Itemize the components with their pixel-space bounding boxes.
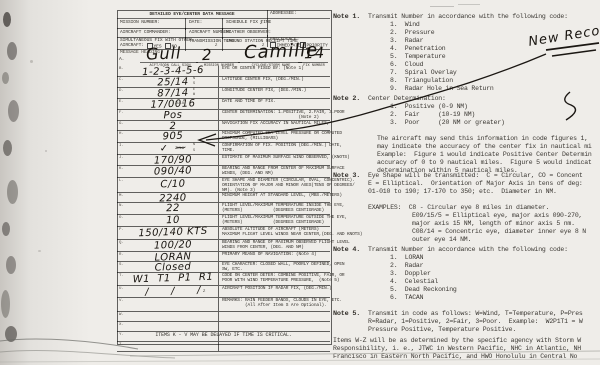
form-row-w: W. — [117, 312, 330, 322]
note-line: 8. Triangulation — [390, 77, 453, 84]
column-divider — [218, 121, 219, 130]
row-value: W1 T1 P1 R1 — [129, 271, 217, 285]
note-line: 3. Poor (20 NM or greater) — [390, 119, 505, 126]
note-line: 6. Cloud — [390, 61, 423, 68]
row-letter: C. — [119, 78, 124, 82]
binding-smudge — [8, 100, 19, 122]
note-title: Note 2. — [333, 95, 360, 103]
row-letter: T. — [119, 274, 124, 278]
note-line: Example: Figure 1 would indicate Positiv… — [377, 151, 592, 158]
row-letter: W. — [119, 313, 124, 317]
binding-smudge — [7, 42, 17, 60]
speck — [45, 150, 47, 152]
zulu-z-mark: Z — [260, 22, 262, 26]
row-letter: I. — [119, 144, 124, 148]
row-description: DATE AND TIME OF FIX. — [222, 100, 334, 105]
column-divider — [218, 227, 219, 239]
row-description: FLIGHT LEVEL/MAXIMUM TEMPERATURE OUTSIDE… — [222, 216, 334, 226]
row-description: PRIMARY MEANS OF NAVIGATION: (Note 4) — [222, 253, 334, 258]
simultaneous-fix-label-2: AIRCRAFT: — [120, 43, 144, 48]
row-letter: V. — [119, 299, 124, 303]
form-row-b: B.1-2-3-4-5-6EYE OR CENTER FIXED BY: (No… — [117, 66, 330, 77]
column-divider — [218, 88, 219, 98]
form-row-v: V.REMARKS: RAIN FEEDER BANDS, CLOUDS IN … — [117, 298, 330, 312]
row-description: BEARING AND RANGE FROM CENTER OF MAXIMUM… — [222, 167, 334, 177]
form-row-i: I.✓ ⁓ZULUNSCONFIRMATION OF FIX. POSITION… — [117, 143, 330, 155]
column-divider — [218, 110, 219, 120]
form-row-p: P.150/140 KTSABSOLUTE ALTITUDE OF AIRCRA… — [117, 227, 330, 240]
heading-entry-value: 14 — [304, 44, 326, 63]
direction-marks: NS — [193, 77, 195, 87]
form-row-c: C.25/14NSLATITUDE CENTER FIX, (DEG./MIN.… — [117, 77, 330, 88]
form-row-s: S.ClosedEYE CHARACTER: CLOSED WALL, POOR… — [117, 262, 330, 273]
column-divider — [218, 166, 219, 177]
form-row-g: G.2NAVIGATION FIX ACCURACY IN NAUTICAL M… — [117, 121, 330, 131]
row-letter: P. — [119, 228, 124, 232]
note-title: Note 1. — [333, 13, 360, 21]
note-line: E09/15/5 = Elliptical eye, major axis 09… — [412, 212, 582, 219]
form-row-q: Q.100/20BEARING AND RANGE OF MAXIMUM OBS… — [117, 240, 330, 252]
binding-smudge — [7, 180, 18, 204]
note-line: 2. Pressure — [390, 29, 434, 36]
column-divider — [218, 155, 219, 165]
row-letter: M. — [119, 194, 124, 198]
note-line: Pressure Positive, Temperature Positive. — [368, 326, 516, 333]
row-description: BEARING AND RANGE OF MAXIMUM OBSERVED FL… — [222, 241, 334, 251]
form-rows: B.1-2-3-4-5-6EYE OR CENTER FIXED BY: (No… — [117, 66, 330, 352]
row-letter: N. — [119, 204, 124, 208]
row-letter: J. — [119, 156, 124, 160]
note-line: 2. Radar — [390, 262, 423, 269]
column-divider — [218, 178, 219, 192]
column-divider — [218, 66, 219, 76]
row-description: EYE SHAPE AND DIAMETER (CIRCULAR, OVAL, … — [222, 179, 334, 194]
row-letter: U. — [119, 287, 124, 291]
form-row-k: K.090/40BEARING AND RANGE FROM CENTER OF… — [117, 166, 330, 178]
column-divider — [218, 240, 219, 251]
note-line: outer eye 14 NM. — [412, 236, 471, 243]
note-title: Note 5. — [333, 310, 360, 318]
zulu-mark: ZULU — [175, 147, 184, 151]
note-line: 5. Temperature — [390, 53, 446, 60]
note-line: C08/14 = Concentric eye, diameter inner … — [412, 228, 586, 235]
column-divider — [218, 215, 219, 226]
column-divider — [218, 203, 219, 214]
form-row-f: F.PosCENTER DETERMINATION: 1.POSITIVE, 2… — [117, 110, 330, 121]
row-description: ABSOLUTE ALTITUDE OF AIRCRAFT (METERS)MA… — [222, 228, 334, 238]
note-line: 7. Spiral Overlay — [390, 69, 457, 76]
form-row-h: H.905MINIMUM COMPUTED SEA LEVEL PRESSURE… — [117, 131, 330, 143]
column-divider — [218, 77, 219, 87]
row-description: MINIMUM HEIGHT AT STANDARD LEVEL, (MBS./… — [222, 194, 334, 199]
row-description: LATITUDE CENTER FIX, (DEG./MIN.) — [222, 78, 334, 83]
column-divider — [218, 312, 219, 321]
row-letter: K. — [119, 167, 124, 171]
note-line: Eye Shape will be transmitted: C = Circu… — [368, 172, 583, 179]
speck — [30, 60, 33, 63]
row-letter: H. — [119, 132, 124, 136]
note-line: 1. Positive (0-9 NM) — [390, 103, 468, 110]
form-row-l: L.C/10EYE SHAPE AND DIAMETER (CIRCULAR, … — [117, 178, 330, 193]
column-divider — [218, 286, 219, 297]
note-title: Note 4. — [333, 246, 360, 254]
heading-row-letter: A. — [119, 57, 124, 62]
column-divider — [218, 252, 219, 261]
binding-smudge — [2, 72, 9, 84]
column-divider — [218, 193, 219, 202]
row-letter: D. — [119, 89, 124, 93]
closing-paragraph-line: Responsibility, i. e., JTWC in Western P… — [333, 345, 581, 352]
row-description: CENTER DETERMINATION: 1.POSITIVE, 2.FAIR… — [222, 111, 334, 121]
closing-paragraph-line: Francisco in Eastern North Pacific, and … — [333, 353, 577, 360]
note-line: R=Radar, 1=Positive, 2=Fair, 3=Poor. Exa… — [368, 318, 583, 325]
row-value: C/10 — [129, 177, 217, 191]
direction-marks: NS — [193, 143, 195, 154]
note-line: 5. Dead Reckoning — [390, 286, 457, 293]
form-row-j: J.170/90ESTIMATE OF MAXIMUM SURFACE WIND… — [117, 155, 330, 166]
form-row-z: Z. — [117, 342, 330, 352]
row-letter: B. — [119, 67, 124, 71]
row-description: AIRCRAFT POSITION IF RADAR FIX, (DEG./MI… — [222, 287, 334, 292]
direction-marks: EW — [193, 88, 195, 98]
form-row-n: N.22FLIGHT LEVEL/MAXIMUM TEMPERATURE INS… — [117, 203, 330, 215]
mission-number-label: MISSION NUMBER: — [120, 20, 160, 25]
row-description: REMARKS: RAIN FEEDER BANDS, CLOUDS IN EY… — [222, 299, 334, 309]
column-divider — [218, 342, 219, 351]
row-letter: R. — [119, 253, 124, 257]
row-letter: Q. — [119, 241, 124, 245]
scanned-document-page: DETAILED EYE/CENTER DATA MESSAGE ADDRESS… — [0, 0, 600, 365]
row-description: MINIMUM COMPUTED SEA LEVEL PRESSURE OR C… — [222, 132, 334, 142]
binding-smudge — [6, 256, 16, 274]
form-row-d: D.87/14EWLONGITUDE CENTER FIX, (DEG./MIN… — [117, 88, 330, 99]
binding-smudge — [3, 140, 12, 156]
form-row-t: T.W1 T1 P1 R1CODE ON CENTER DETER: COMBI… — [117, 273, 330, 286]
note-line: 01-010 to 190; 17-170 to 350; etc. Diame… — [368, 188, 557, 195]
row-description: LONGITUDE CENTER FIX, (DEG./MIN.) — [222, 89, 334, 94]
column-divider — [218, 298, 219, 311]
row-value: 090/40 — [129, 164, 217, 178]
note-line: 2. Fair (10-19 NM) — [390, 111, 475, 118]
form-row-o: O.10FLIGHT LEVEL/MAXIMUM TEMPERATURE OUT… — [117, 215, 330, 227]
note-line: 4. Celestial — [390, 278, 438, 285]
handwritten-squiggle — [565, 92, 576, 120]
zulu-z-mark: Z — [215, 44, 217, 48]
note-line: EXAMPLES: C8 - Circular eye 8 miles in d… — [368, 204, 549, 211]
note-line: 3. Doppler — [390, 270, 431, 277]
note-line: Transmit in code as follows: W=Wind, T=T… — [368, 310, 583, 317]
row-description: NAVIGATION FIX ACCURACY IN NAUTICAL MILE… — [222, 122, 334, 127]
note-line: Transmit Number in accordance with the f… — [368, 246, 568, 253]
row-description: FLIGHT LEVEL/MAXIMUM TEMPERATURE INSIDE … — [222, 204, 334, 214]
note-line: E = Elliptical. Orientation of Major Axi… — [368, 180, 583, 187]
footer-note: ITEMS K - V MAY BE DELAYED IF TIME IS CR… — [117, 327, 330, 338]
row-letter: Z. — [119, 343, 124, 347]
column-divider — [218, 131, 219, 142]
note-line: 4. Penetration — [390, 45, 446, 52]
handwritten-new-record-note: New Record — [527, 21, 600, 50]
new-record-underline — [552, 50, 596, 56]
note-title: Note 3. — [333, 172, 360, 180]
footer-row: ITEMS K - V MAY BE DELAYED IF TIME IS CR… — [117, 327, 330, 343]
row-description: CODE ON CENTER DETER: COMBINE POSITIVE, … — [222, 274, 334, 284]
binding-smudge — [1, 290, 10, 318]
addressee-label: ADDRESSEE: — [268, 10, 331, 16]
page-binding-gutter — [0, 0, 115, 365]
row-description: EYE CHARACTER: CLOSED WALL, POORLY DEFIN… — [222, 263, 334, 273]
column-divider — [218, 262, 219, 272]
aircraft-commander-label: AIRCRAFT COMMANDER: — [120, 30, 170, 35]
row-description: EYE OR CENTER FIXED BY: (Note 1) — [222, 67, 334, 72]
faint-header-mark — [458, 4, 480, 5]
column-divider — [218, 273, 219, 285]
binding-smudge — [3, 12, 11, 27]
heading-entry-value: Gull — [146, 43, 182, 63]
note-line: may indicate the accuracy of the center … — [377, 143, 592, 150]
row-letter: G. — [119, 122, 124, 126]
note-line: 6. TACAN — [390, 294, 423, 301]
note-line: 9. Radar Hole in Sea Return — [390, 85, 494, 92]
note-line: Center Determination: — [368, 95, 446, 102]
column-divider — [218, 99, 219, 109]
zulu-mark: ZULU — [175, 102, 184, 106]
row-letter: E. — [119, 100, 124, 104]
note-line: The aircraft may send this information i… — [377, 135, 588, 142]
note-line: major axis 15 NM, length of minor axis 5… — [412, 220, 575, 227]
binding-smudge — [2, 222, 10, 236]
column-divider — [218, 143, 219, 154]
note-line: 1. LORAN — [390, 254, 423, 261]
note-line: accuracy of 0 to 9 nautical miles. Figur… — [377, 159, 592, 166]
zulu-mark: Z — [203, 290, 205, 294]
row-letter: S. — [119, 263, 124, 267]
form-title: DETAILED EYE/CENTER DATA MESSAGE — [117, 12, 267, 17]
note-line: 1. Wind — [390, 21, 420, 28]
row-letter: O. — [119, 216, 124, 220]
row-description: CONFIRMATION OF FIX. POSITION (DEG./MIN.… — [222, 144, 334, 154]
note-line: Transmit Number in accordance with the f… — [368, 13, 568, 20]
form-row-r: R.LORANPRIMARY MEANS OF NAVIGATION: (Not… — [117, 252, 330, 262]
note-line: 3. Radar — [390, 37, 423, 44]
row-letter: F. — [119, 111, 124, 115]
form-row-m: M.2240MINIMUM HEIGHT AT STANDARD LEVEL, … — [117, 193, 330, 203]
closing-paragraph-line: Items W-Z will be as determined by the s… — [333, 337, 581, 344]
addressee-cell: ADDRESSEE: — [267, 10, 331, 38]
row-letter: L. — [119, 179, 124, 183]
form-row-e: E.17/0016ZULUDATE AND TIME OF FIX. — [117, 99, 330, 110]
row-value: 150/140 KTS — [129, 225, 217, 239]
form-row-u: U./ / /ZAIRCRAFT POSITION IF RADAR FIX, … — [117, 286, 330, 298]
row-description: ESTIMATE OF MAXIMUM SURFACE WIND OBSERVE… — [222, 156, 334, 161]
binding-smudge — [5, 326, 17, 342]
speck — [38, 250, 41, 252]
faint-header-mark — [430, 6, 454, 7]
